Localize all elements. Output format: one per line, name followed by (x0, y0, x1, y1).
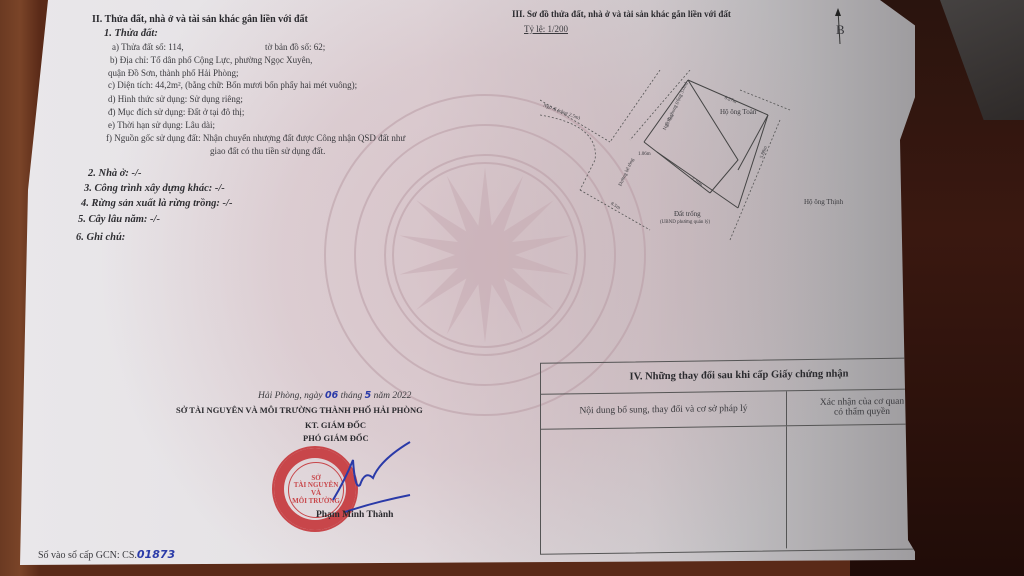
item-forest: 4. Rừng sản xuất là rừng trồng: -/- (81, 198, 232, 209)
address-line2: quận Đồ Sơn, thành phố Hải Phòng; (108, 68, 239, 78)
section-ii-title: II. Thửa đất, nhà ở và tài sản khác gắn … (92, 14, 308, 25)
section-iii-title: III. Sơ đồ thửa đất, nhà ở và tài sản kh… (512, 9, 731, 19)
item-notes: 6. Ghi chú: (76, 232, 125, 243)
origin-line2: giao đất có thu tiền sử dụng đất. (210, 146, 325, 156)
land-heading: 1. Thửa đất: (104, 28, 158, 39)
land-plot-diagram: Hộ ông Toàn Hộ ông Thịnh Đất trống (UBND… (540, 70, 860, 250)
agency-name: SỞ TÀI NGUYÊN VÀ MÔI TRƯỜNG THÀNH PHỐ HẢ… (176, 405, 423, 415)
item-construction: 3. Công trình xây dựng khác: -/- (84, 183, 225, 194)
date-year: năm 2022 (374, 391, 412, 401)
item-trees: 5. Cây lâu năm: -/- (78, 214, 160, 225)
confirm-line1: Xác nhận của cơ quan (820, 397, 904, 408)
usage-term: e) Thời hạn sử dụng: Lâu dài; (108, 120, 215, 130)
date-month-word: tháng (341, 391, 363, 401)
changes-table: IV. Những thay đổi sau khi cấp Giấy chứn… (540, 357, 938, 555)
confirm-line2: có thẩm quyền (834, 407, 890, 418)
neighbor-right: Hộ ông Thịnh (804, 198, 843, 206)
parcel-number: a) Thửa đất số: 114, (112, 42, 184, 52)
origin-line1: f) Nguồn gốc sử dụng đất: Nhận chuyển nh… (106, 133, 405, 143)
neighbor-top: Hộ ông Toàn (720, 108, 756, 116)
registry-value: 01873 (137, 548, 175, 561)
date-month: 5 (365, 390, 372, 401)
scale: Tỷ lệ: 1/200 (524, 24, 568, 34)
area: c) Diện tích: 44,2m², (bằng chữ: Bốn mươ… (108, 80, 357, 90)
bottom-sublabel: (UBND phường quản lý) (660, 220, 710, 225)
content-cell (541, 426, 787, 551)
item-house: 2. Nhà ở: -/- (88, 168, 141, 179)
handwritten-signature (325, 440, 415, 520)
certificate-page: II. Thửa đất, nhà ở và tài sản khác gắn … (20, 0, 915, 565)
date-prefix: Hải Phòng, ngày (258, 391, 323, 401)
kt-title: KT. GIÁM ĐỐC (305, 420, 366, 430)
registry-label: Số vào sổ cấp GCN: CS. (38, 550, 137, 561)
column-content-header: Nội dung bổ sung, thay đổi và cơ sở pháp… (541, 391, 787, 428)
signer-name: Phạm Minh Thành (316, 510, 393, 520)
address-line1: b) Địa chỉ: Tổ dân phố Cộng Lực, phường … (110, 55, 312, 65)
registry-number: Số vào sổ cấp GCN: CS.01873 (38, 548, 175, 561)
bottom-label: Đất trống (674, 210, 701, 218)
edge-small: 1.06m (638, 152, 651, 157)
usage-purpose: đ) Mục đích sử dụng: Đất ở tại đô thị; (108, 107, 244, 117)
date-day: 06 (325, 390, 338, 401)
usage-form: d) Hình thức sử dụng: Sử dụng riêng; (108, 94, 243, 104)
map-sheet: tờ bản đồ số: 62; (265, 42, 325, 52)
north-arrow-icon (830, 6, 846, 46)
date-line: Hải Phòng, ngày 06 tháng 5 năm 2022 (258, 390, 411, 401)
